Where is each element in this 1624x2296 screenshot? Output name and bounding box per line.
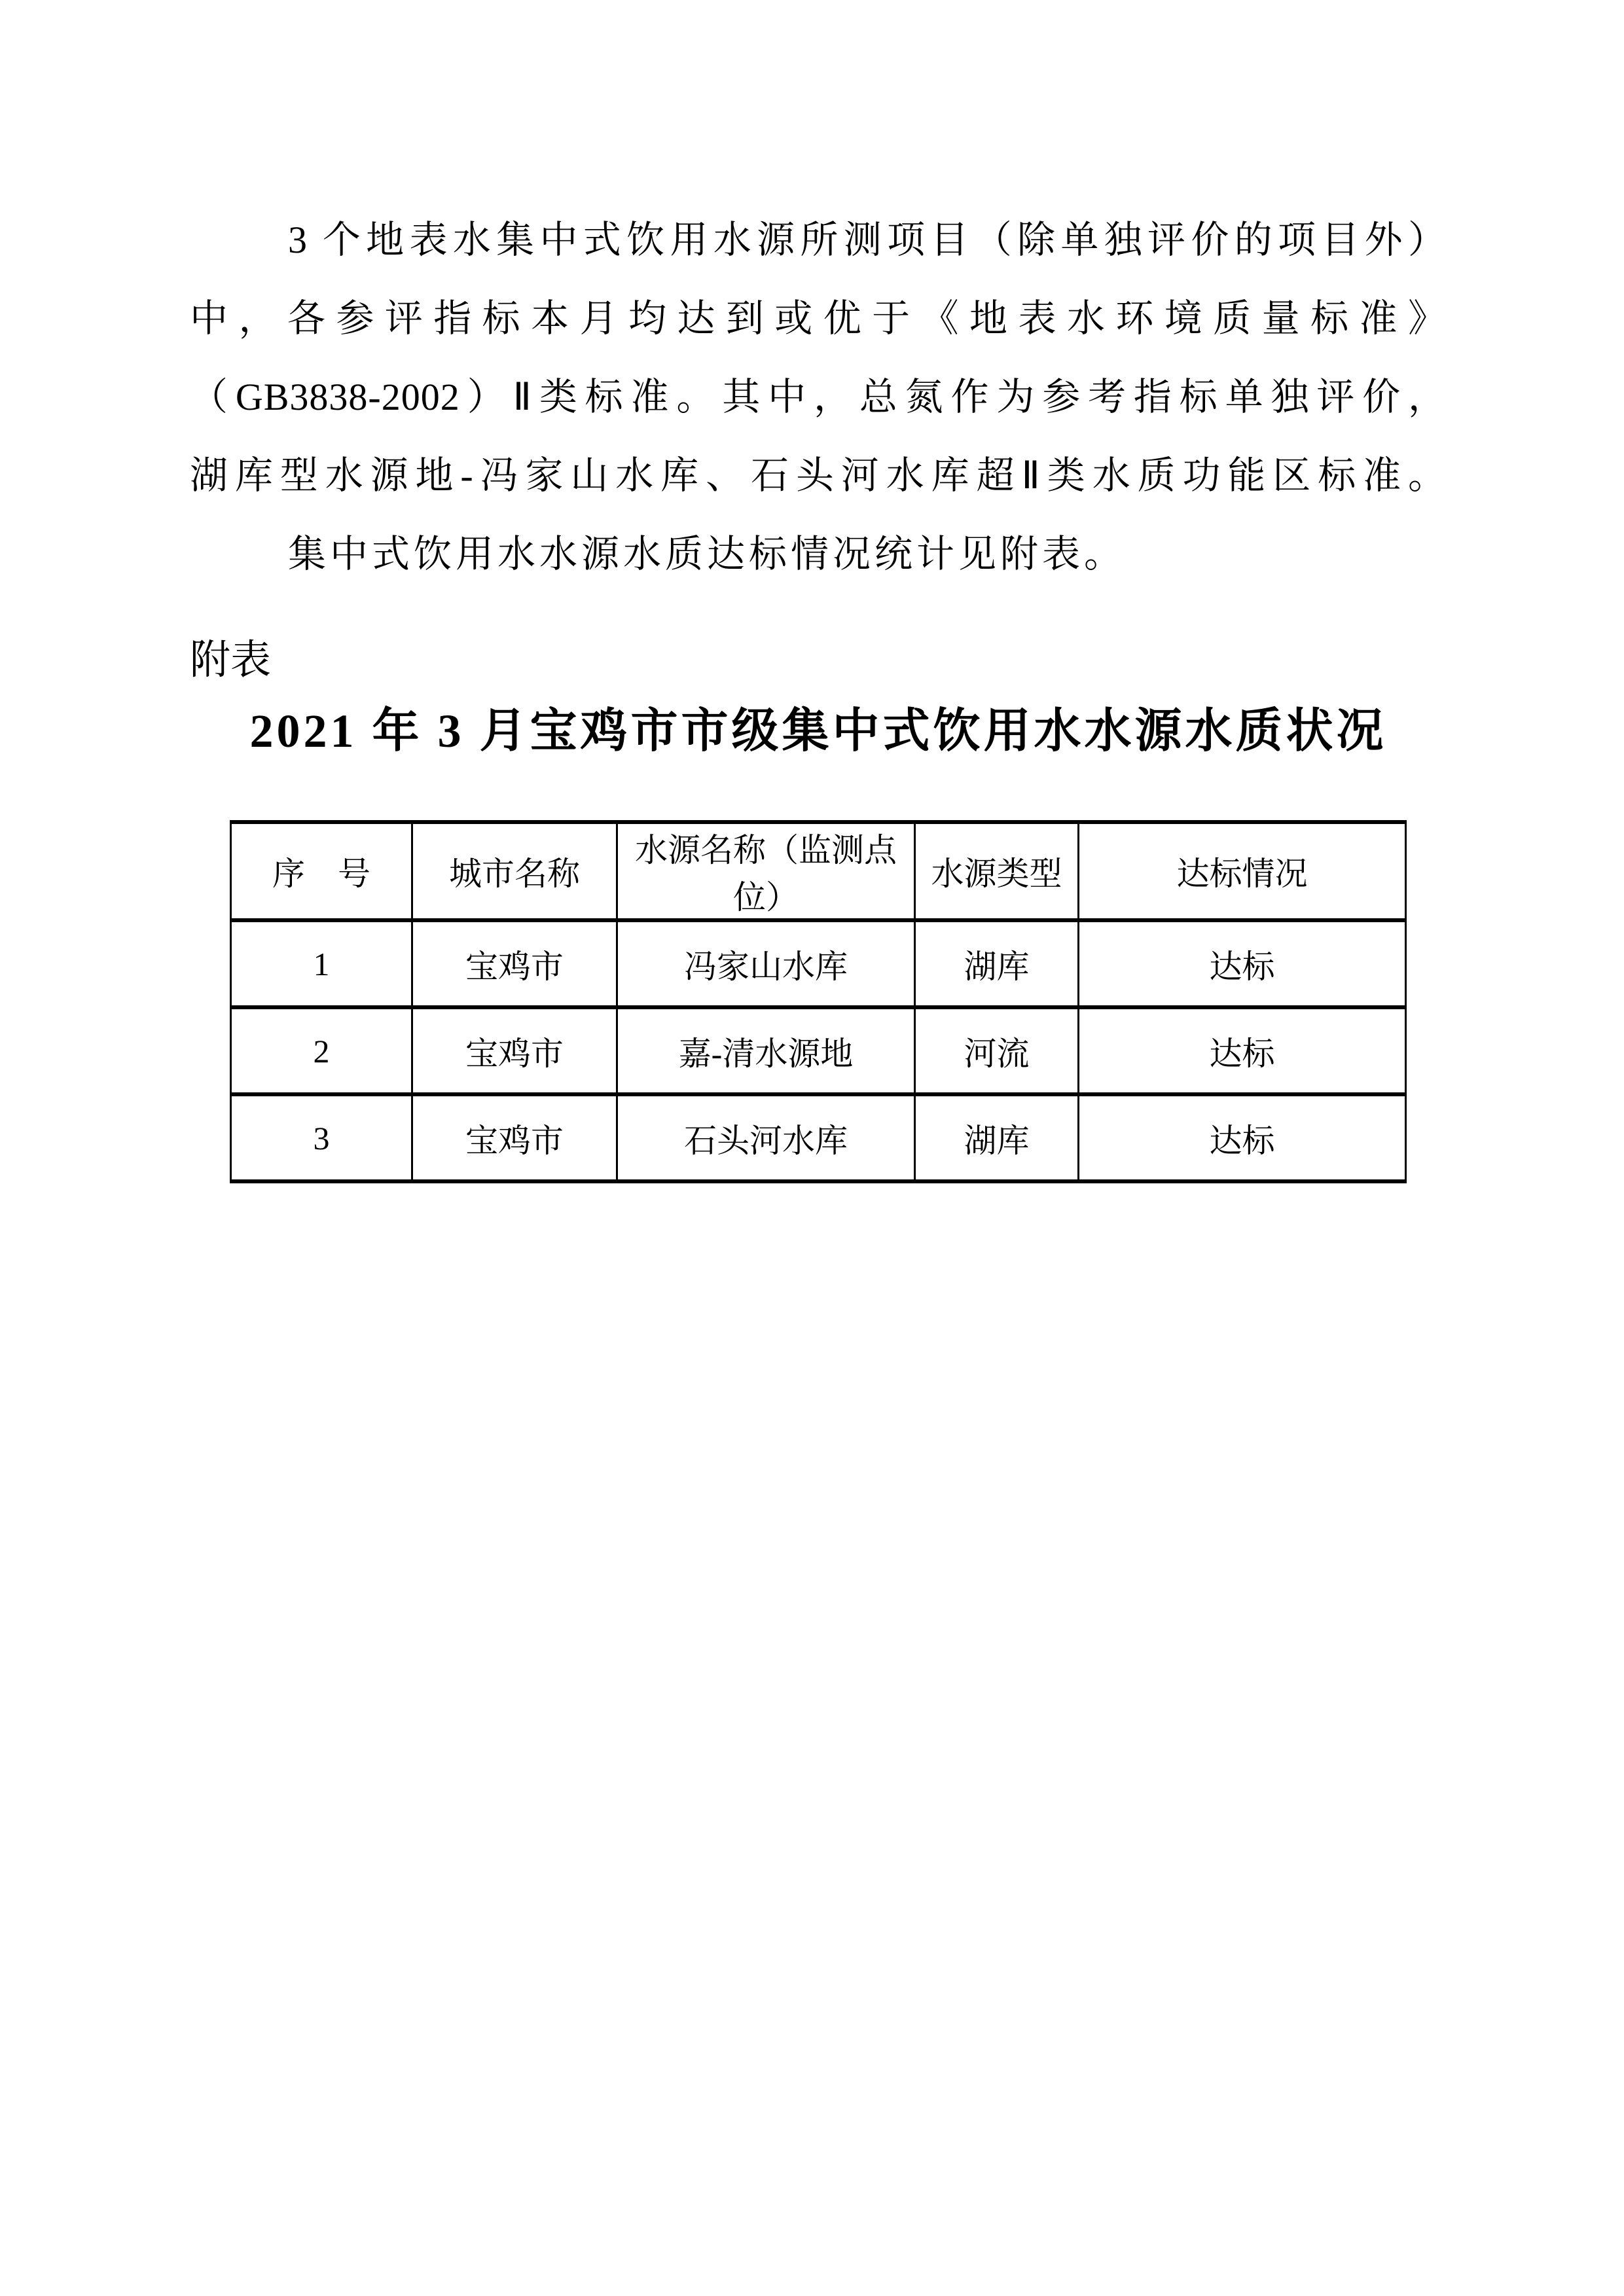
cell-source: 石头河水库 xyxy=(617,1094,915,1181)
body-text-line: （GB3838-2002）Ⅱ类标准。其中，总氮作为参考指标单独评价， xyxy=(190,358,1447,437)
header-cell-type: 水源类型 xyxy=(915,822,1079,920)
body-text-line: 3 个地表水集中式饮用水源所测项目（除单独评价的项目外） xyxy=(190,201,1447,279)
cell-city: 宝鸡市 xyxy=(412,1007,617,1094)
cell-status: 达标 xyxy=(1079,1007,1406,1094)
table-row: 1 宝鸡市 冯家山水库 湖库 达标 xyxy=(231,920,1406,1007)
document-page: 3 个地表水集中式饮用水源所测项目（除单独评价的项目外） 中，各参评指标本月均达… xyxy=(0,0,1624,2296)
cell-seq: 1 xyxy=(231,920,412,1007)
header-cell-status: 达标情况 xyxy=(1079,822,1406,920)
header-cell-city: 城市名称 xyxy=(412,822,617,920)
cell-seq: 2 xyxy=(231,1007,412,1094)
table-header-row: 序 号 城市名称 水源名称（监测点位） 水源类型 达标情况 xyxy=(231,822,1406,920)
table-row: 2 宝鸡市 嘉-清水源地 河流 达标 xyxy=(231,1007,1406,1094)
cell-city: 宝鸡市 xyxy=(412,1094,617,1181)
header-cell-source: 水源名称（监测点位） xyxy=(617,822,915,920)
cell-city: 宝鸡市 xyxy=(412,920,617,1007)
cell-type: 湖库 xyxy=(915,920,1079,1007)
attachment-label: 附表 xyxy=(190,637,1447,684)
body-paragraph: 3 个地表水集中式饮用水源所测项目（除单独评价的项目外） 中，各参评指标本月均达… xyxy=(190,201,1447,594)
cell-source: 冯家山水库 xyxy=(617,920,915,1007)
header-cell-seq: 序 号 xyxy=(231,822,412,920)
cell-status: 达标 xyxy=(1079,920,1406,1007)
cell-type: 河流 xyxy=(915,1007,1079,1094)
cell-status: 达标 xyxy=(1079,1094,1406,1181)
body-text-line: 湖库型水源地-冯家山水库、石头河水库超Ⅱ类水质功能区标准。 xyxy=(190,437,1447,515)
cell-seq: 3 xyxy=(231,1094,412,1181)
table-title: 2021 年 3 月宝鸡市市级集中式饮用水水源水质状况 xyxy=(190,698,1447,764)
cell-type: 湖库 xyxy=(915,1094,1079,1181)
body-text-line: 中，各参评指标本月均达到或优于《地表水环境质量标准》 xyxy=(190,279,1447,358)
body-paragraph-2: 集中式饮用水水源水质达标情况统计见附表。 xyxy=(190,515,1447,594)
cell-source: 嘉-清水源地 xyxy=(617,1007,915,1094)
table-row: 3 宝鸡市 石头河水库 湖库 达标 xyxy=(231,1094,1406,1181)
page-content: 3 个地表水集中式饮用水源所测项目（除单独评价的项目外） 中，各参评指标本月均达… xyxy=(0,0,1624,1183)
water-quality-table: 序 号 城市名称 水源名称（监测点位） 水源类型 达标情况 1 宝鸡市 冯家山水… xyxy=(230,820,1407,1183)
